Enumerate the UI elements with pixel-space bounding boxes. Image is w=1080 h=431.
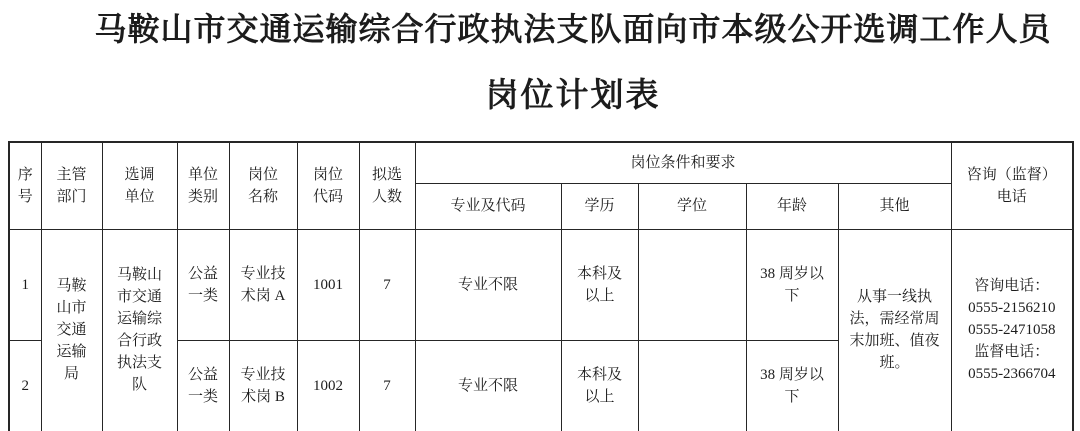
cell-contact-phone: 咨询电话： 0555-2156210 0555-2471058 监督电话： 05…: [951, 229, 1073, 431]
header-age: 年龄: [746, 183, 838, 229]
page-title-line1: 马鞍山市交通运输综合行政执法支队面向市本级公开选调工作人员: [66, 8, 1080, 50]
cell-transfer-unit: 马鞍山 市交通 运输综 合行政 执法支 队: [102, 229, 177, 431]
header-row-top: 序 号 主管 部门 选调 单位 单位 类别 岗位 名称 岗位 代码 拟选 人数 …: [9, 142, 1073, 183]
cell-major: 专业不限: [415, 340, 561, 431]
job-plan-table: 序 号 主管 部门 选调 单位 单位 类别 岗位 名称 岗位 代码 拟选 人数 …: [8, 141, 1074, 431]
page-title: 马鞍山市交通运输综合行政执法支队面向市本级公开选调工作人员 岗位计划表: [0, 8, 1080, 118]
header-department: 主管 部门: [41, 142, 102, 229]
header-other: 其他: [838, 183, 951, 229]
header-post-code: 岗位 代码: [297, 142, 359, 229]
header-planned-count: 拟选 人数: [359, 142, 415, 229]
header-transfer-unit: 选调 单位: [102, 142, 177, 229]
cell-age: 38 周岁以 下: [746, 340, 838, 431]
cell-post-code: 1001: [297, 229, 359, 340]
cell-education: 本科及 以上: [561, 340, 638, 431]
cell-department: 马鞍 山市 交通 运输 局: [41, 229, 102, 431]
cell-seq: 2: [9, 340, 41, 431]
header-post-name: 岗位 名称: [229, 142, 297, 229]
cell-degree: [638, 340, 746, 431]
header-seq: 序 号: [9, 142, 41, 229]
header-conditions-group: 岗位条件和要求: [415, 142, 951, 183]
cell-seq: 1: [9, 229, 41, 340]
document-page: 马鞍山市交通运输综合行政执法支队面向市本级公开选调工作人员 岗位计划表 序 号 …: [0, 8, 1080, 431]
cell-age: 38 周岁以 下: [746, 229, 838, 340]
cell-unit-type: 公益 一类: [177, 229, 229, 340]
cell-other-requirements: 从事一线执 法，需经常周 末加班、值夜 班。: [838, 229, 951, 431]
cell-planned-count: 7: [359, 340, 415, 431]
header-education: 学历: [561, 183, 638, 229]
cell-post-name: 专业技 术岗 A: [229, 229, 297, 340]
cell-unit-type: 公益 一类: [177, 340, 229, 431]
cell-major: 专业不限: [415, 229, 561, 340]
cell-education: 本科及 以上: [561, 229, 638, 340]
cell-degree: [638, 229, 746, 340]
cell-post-name: 专业技 术岗 B: [229, 340, 297, 431]
cell-post-code: 1002: [297, 340, 359, 431]
header-major: 专业及代码: [415, 183, 561, 229]
cell-planned-count: 7: [359, 229, 415, 340]
page-title-line2: 岗位计划表: [66, 74, 1080, 118]
table-row: 1 马鞍 山市 交通 运输 局 马鞍山 市交通 运输综 合行政 执法支 队 公益…: [9, 229, 1073, 340]
header-unit-type: 单位 类别: [177, 142, 229, 229]
header-phone: 咨询（监督） 电话: [951, 142, 1073, 229]
header-degree: 学位: [638, 183, 746, 229]
